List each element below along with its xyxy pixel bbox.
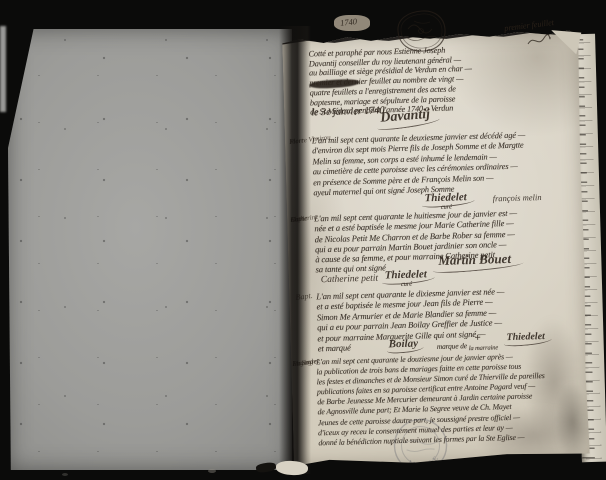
blank-left-page — [8, 29, 292, 470]
mark-owner-label: la marraine — [469, 344, 498, 352]
archive-stamp-text: MEUSE — [407, 453, 442, 471]
mark-label: marque de — [437, 341, 467, 351]
priest-signature: Thiedelet — [385, 268, 427, 281]
priest-title: curé — [401, 281, 412, 288]
witness-signature: françois melin — [492, 192, 541, 203]
folio-note: premier feuillet — [504, 17, 555, 33]
svg-text:MEUSE: MEUSE — [407, 453, 442, 471]
page-edge-sliver — [0, 26, 6, 112]
year-note: 1740 — [340, 16, 358, 28]
godfather-signature: Boilay — [389, 338, 419, 351]
godfather-signature: Martin Bouet — [438, 251, 511, 269]
godmother-mark-cross: + — [474, 332, 481, 344]
register-photo: Cotté et paraphé par nous Estienne Josep… — [0, 0, 606, 480]
judge-signature: Davantij — [380, 107, 431, 127]
speck — [208, 469, 216, 473]
priest-signature: Thiedelet — [424, 191, 466, 204]
burial-entry: L'an mil sept cent quarante le deuxiesme… — [312, 130, 527, 198]
godmother-signature: Catherine petit — [321, 274, 379, 286]
manuscript-page: Cotté et paraphé par nous Estienne Josep… — [282, 30, 590, 466]
dark-smudge — [255, 462, 276, 474]
attestation-date: le 3e janvier 1740 — [311, 105, 385, 118]
speck — [62, 473, 68, 476]
paper-tab — [276, 460, 309, 476]
priest-signature: Thiedelet — [506, 331, 545, 343]
